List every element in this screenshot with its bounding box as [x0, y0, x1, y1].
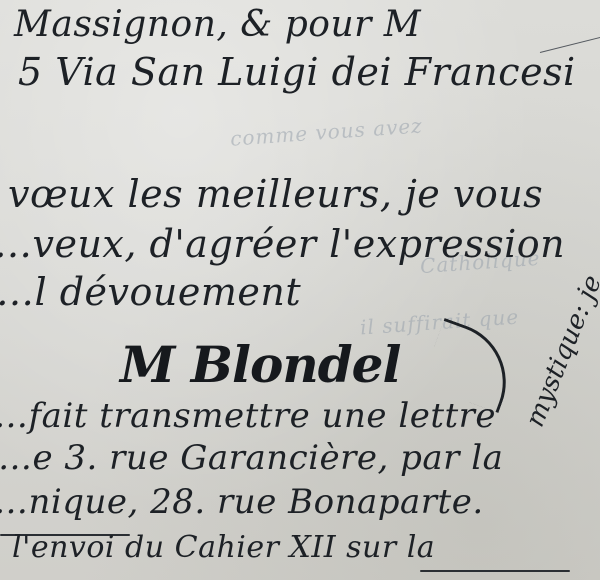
handwritten-line-7: …e 3. rue Garancière, par la: [0, 438, 503, 478]
handwritten-line-4: …veux, d'agréer l'expression: [0, 222, 565, 266]
margin-note: mystique: je: [520, 271, 600, 431]
handwritten-line-9: l'envoi du Cahier XII sur la: [12, 530, 435, 565]
handwritten-line-1: Massignon, & pour M: [14, 4, 421, 45]
signature: M Blondel: [120, 335, 400, 394]
underline: [420, 570, 570, 572]
handwritten-line-5: …l dévouement: [0, 270, 301, 314]
handwritten-line-8: …nique, 28. rue Bonaparte.: [0, 482, 484, 522]
handwritten-line-6: …fait transmettre une lettre: [0, 396, 496, 436]
handwritten-line-3: vœux les meilleurs, je vous: [8, 172, 543, 216]
bleed-through-text: comme vous avez: [229, 113, 423, 150]
letter-sheet: comme vous avez Catholique il suffirait …: [0, 0, 600, 580]
handwritten-line-2: 5 Via San Luigi dei Francesi: [18, 50, 576, 94]
